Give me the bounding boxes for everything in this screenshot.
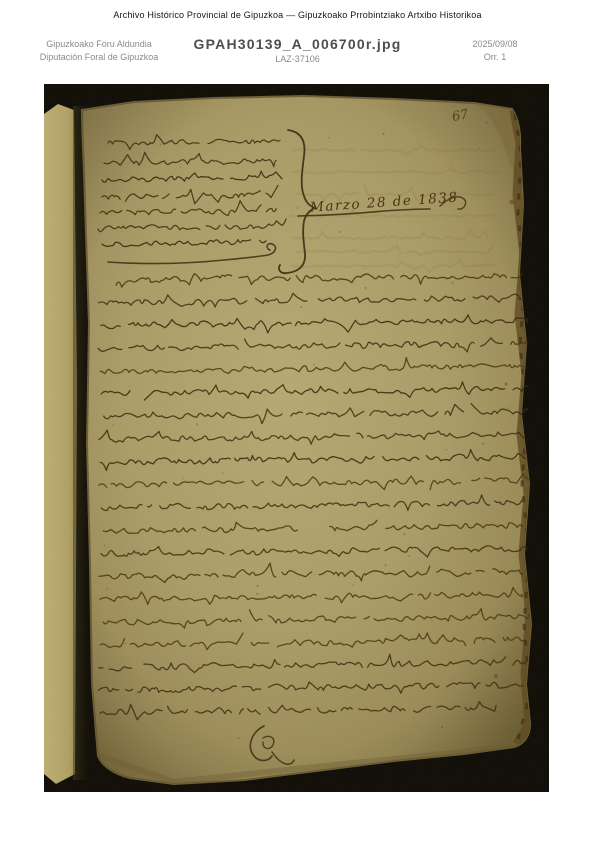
manuscript-scan-image: 67 Marzo 28 de 1838 xyxy=(44,84,549,792)
archive-title: Archivo Histórico Provincial de Gipuzkoa… xyxy=(0,10,595,20)
manuscript-scan: 67 Marzo 28 de 1838 xyxy=(44,84,549,792)
film-grain-overlay xyxy=(44,84,549,792)
page-number-label: Orr. 1 xyxy=(435,51,555,64)
date-page-block: 2025/09/08 Orr. 1 xyxy=(435,38,555,64)
print-date: 2025/09/08 xyxy=(435,38,555,51)
archive-print-page: { "header": { "archive_title": "Archivo … xyxy=(0,0,595,842)
